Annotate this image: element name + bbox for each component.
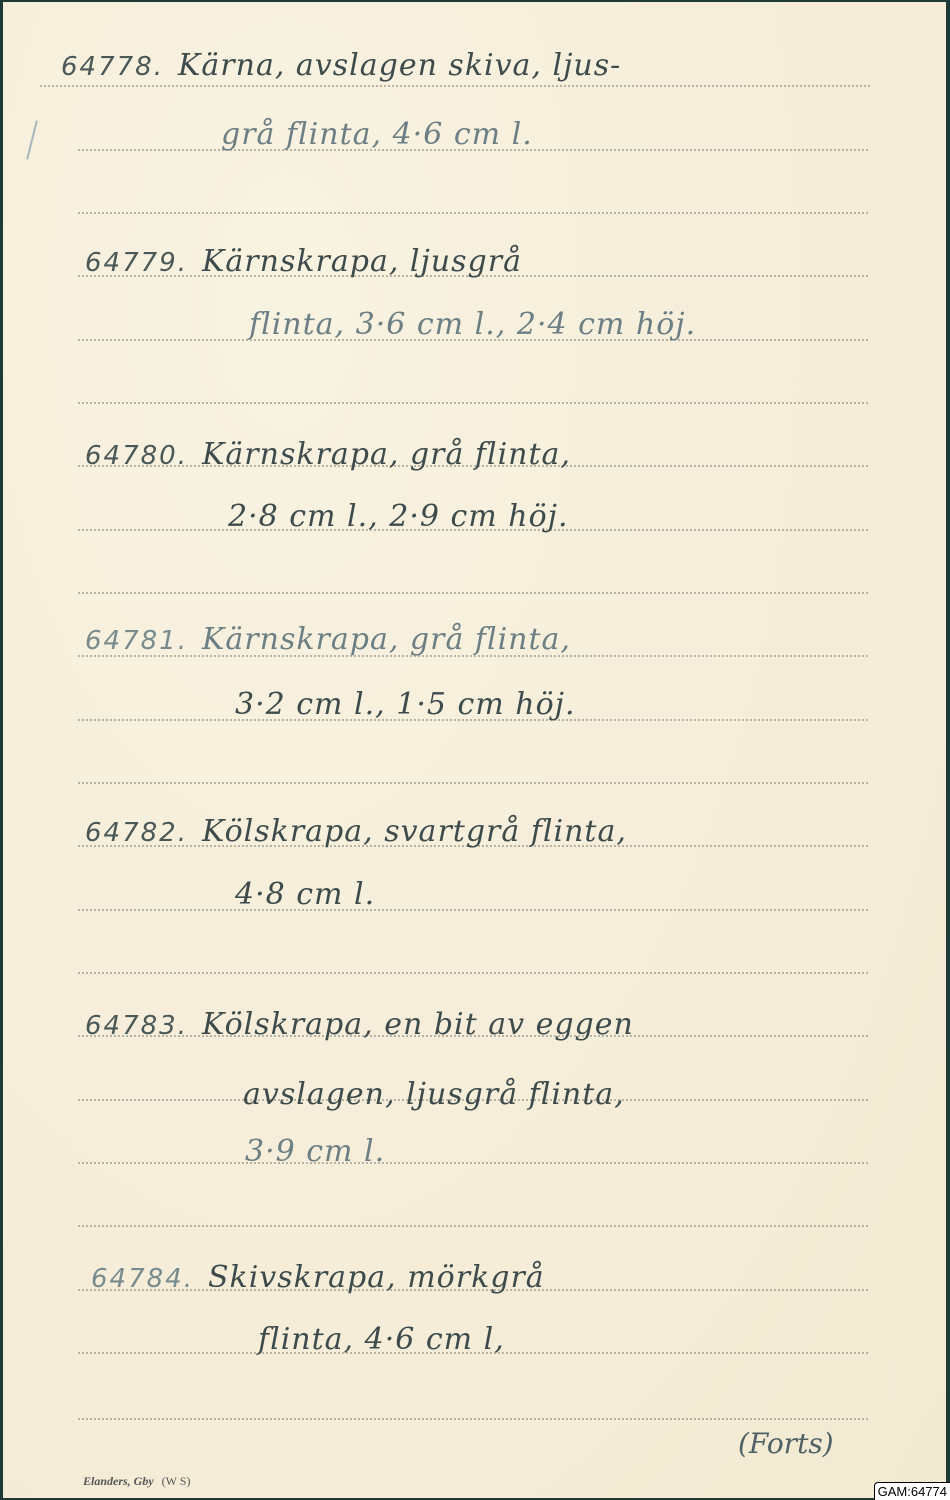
continuation-note: (Forts) bbox=[738, 1427, 834, 1460]
entry-text: Kärnskrapa, grå flinta, bbox=[202, 622, 571, 657]
entry-64779-line-1: 64779.Kärnskrapa, ljusgrå bbox=[85, 244, 522, 279]
ruled-line bbox=[78, 1225, 868, 1227]
entry-text: flinta, 3·6 cm l., 2·4 cm höj. bbox=[249, 307, 696, 342]
ruled-line bbox=[78, 972, 868, 974]
entry-64781-line-2: 3·2 cm l., 1·5 cm höj. bbox=[235, 687, 576, 722]
ruled-line bbox=[78, 909, 868, 911]
entry-64779-line-2: flinta, 3·6 cm l., 2·4 cm höj. bbox=[249, 307, 696, 342]
entry-64783-line-2: avslagen, ljusgrå flinta, bbox=[243, 1077, 625, 1112]
catalog-card: 64778.Kärna, avslagen skiva, ljus- grå f… bbox=[3, 2, 946, 1498]
ruled-line bbox=[78, 402, 868, 404]
catalog-number: 64779. bbox=[85, 248, 188, 278]
catalog-number: 64778. bbox=[61, 52, 164, 82]
entry-text: avslagen, ljusgrå flinta, bbox=[243, 1077, 625, 1112]
ruled-line bbox=[78, 592, 868, 594]
archive-id-label: GAM:64774 bbox=[874, 1482, 950, 1500]
entry-text: Kärnskrapa, ljusgrå bbox=[202, 244, 522, 279]
ruled-line bbox=[78, 1162, 868, 1164]
entry-64778-line-1: 64778.Kärna, avslagen skiva, ljus- bbox=[61, 48, 621, 83]
entry-text: 3·2 cm l., 1·5 cm höj. bbox=[235, 687, 576, 722]
entry-64781-line-1: 64781.Kärnskrapa, grå flinta, bbox=[85, 622, 571, 657]
printer-name: Elanders, Gby bbox=[83, 1474, 154, 1488]
catalog-number: 64782. bbox=[85, 818, 188, 848]
ruled-line bbox=[78, 782, 868, 784]
entry-text: Kölskrapa, en bit av eggen bbox=[202, 1007, 634, 1042]
entry-64782-line-1: 64782.Kölskrapa, svartgrå flinta, bbox=[85, 814, 627, 849]
entry-64778-line-2: grå flinta, 4·6 cm l. bbox=[221, 117, 533, 152]
entry-text: grå flinta, 4·6 cm l. bbox=[221, 117, 533, 152]
ruled-line bbox=[78, 212, 868, 214]
entry-text: Kärnskrapa, grå flinta, bbox=[202, 437, 571, 472]
catalog-number: 64781. bbox=[85, 626, 188, 656]
catalog-number: 64780. bbox=[85, 441, 188, 471]
margin-pen-mark bbox=[26, 120, 38, 159]
entry-text: Skivskrapa, mörkgrå bbox=[208, 1260, 545, 1295]
entry-64783-line-3: 3·9 cm l. bbox=[245, 1134, 385, 1169]
entry-64780-line-1: 64780.Kärnskrapa, grå flinta, bbox=[85, 437, 571, 472]
printer-imprint: Elanders, Gby(W S) bbox=[83, 1474, 190, 1489]
entry-text: 2·8 cm l., 2·9 cm höj. bbox=[228, 499, 569, 534]
entry-64780-line-2: 2·8 cm l., 2·9 cm höj. bbox=[228, 499, 569, 534]
entry-text: Kärna, avslagen skiva, ljus- bbox=[178, 48, 621, 83]
entry-text: flinta, 4·6 cm l, bbox=[258, 1322, 505, 1357]
catalog-number: 64784. bbox=[91, 1264, 194, 1294]
entry-text: 4·8 cm l. bbox=[235, 877, 375, 912]
entry-64784-line-1: 64784.Skivskrapa, mörkgrå bbox=[91, 1260, 545, 1295]
entry-text: Kölskrapa, svartgrå flinta, bbox=[202, 814, 627, 849]
entry-64783-line-1: 64783.Kölskrapa, en bit av eggen bbox=[85, 1007, 634, 1042]
entry-64784-line-2: flinta, 4·6 cm l, bbox=[258, 1322, 505, 1357]
entry-64782-line-2: 4·8 cm l. bbox=[235, 877, 375, 912]
printer-code: (W S) bbox=[162, 1474, 191, 1488]
ruled-line bbox=[78, 1418, 868, 1420]
entry-text: 3·9 cm l. bbox=[245, 1134, 385, 1169]
ruled-line bbox=[40, 85, 870, 87]
catalog-number: 64783. bbox=[85, 1011, 188, 1041]
